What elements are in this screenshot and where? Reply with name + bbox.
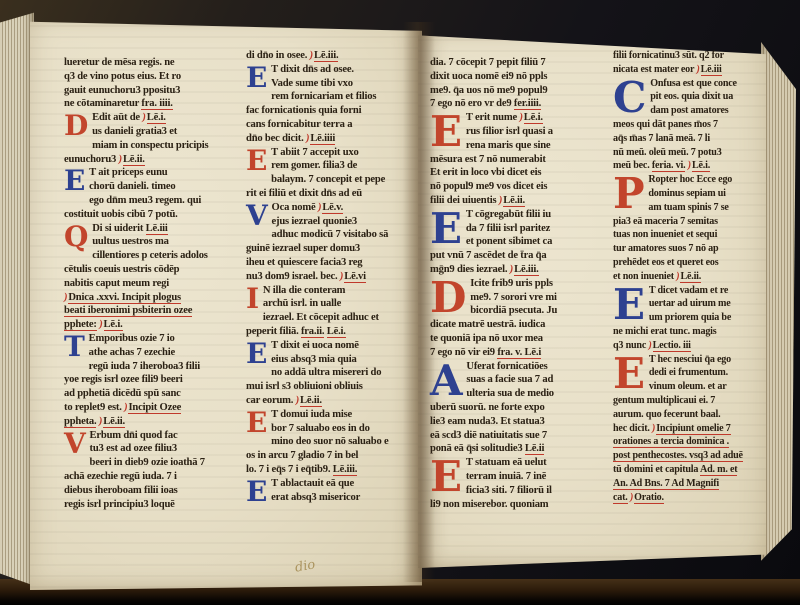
text-run: lo. 7 i eq̄s 7 i eq̄tib9. bbox=[246, 464, 333, 475]
text-run: rena maris que sine bbox=[466, 140, 551, 151]
paraph-icon: ) bbox=[99, 416, 102, 427]
text-run: iezrael. Et cōcepit adhuc et bbox=[263, 312, 379, 323]
text-run: beeri in dieb9 ozie ioathā 7 bbox=[90, 457, 205, 468]
lection-reference: Lē.ii bbox=[525, 443, 544, 455]
lection-reference: ppheta. bbox=[64, 416, 96, 428]
text-run: os in arcu 7 gladio 7 in bel bbox=[246, 450, 358, 461]
text-run: cillentiores p ceteris adolos bbox=[92, 250, 208, 261]
paraph-icon: ) bbox=[306, 133, 309, 144]
text-run: Edit aūt de bbox=[92, 112, 142, 123]
text-run: pit eos. quia dixit ua bbox=[650, 91, 733, 102]
illuminated-initial: D bbox=[64, 112, 88, 139]
text-run: fac fornicationis quia forni bbox=[246, 105, 361, 116]
text-run: Di si uiderit bbox=[92, 223, 145, 234]
text-run: ego dn̄m meu3 regem. qui bbox=[89, 195, 201, 206]
text-run: Vade sume tibi vxo bbox=[271, 78, 353, 89]
text-run: aurum. quo fecerunt baal. bbox=[613, 409, 720, 420]
paraph-icon: ) bbox=[119, 154, 122, 165]
paraph-icon: ) bbox=[499, 195, 502, 206]
illuminated-initial: E bbox=[246, 478, 267, 505]
text-block: DIcite frib9 uris pplsme9. 7 sorori vre … bbox=[430, 277, 608, 360]
text-run: costituit uobis cibū 7 potū. bbox=[64, 209, 178, 220]
text-run: miam in conspectu pricipis bbox=[92, 140, 208, 151]
text-run: dominus sepiam ui bbox=[648, 188, 725, 199]
text-run: bicordiā psecuta. Ju bbox=[470, 305, 557, 316]
text-run: tū domini et capitula bbox=[613, 464, 700, 475]
text-run: uertar ad uirum me bbox=[649, 298, 731, 309]
lection-reference: Ad. m. et bbox=[700, 464, 737, 476]
text-run: put vnū 7 ascēdet de t̄ra q̄a bbox=[430, 250, 546, 261]
text-run: iheu et quiescere facia3 reg bbox=[246, 257, 362, 268]
text-run: mḡn9 dies iezrael. bbox=[430, 264, 510, 275]
lection-reference: feria. vi. bbox=[652, 160, 686, 172]
text-run: guinē iezrael super domu3 bbox=[246, 243, 360, 254]
text-run: mino deo suor nō saluabo e bbox=[271, 436, 388, 447]
lection-reference: post penthecostes. vsq3 ad aduē bbox=[613, 450, 743, 462]
text-run: us danieli gratia3 et bbox=[92, 126, 177, 137]
text-run: uberū suorū. ne forte expo bbox=[430, 402, 545, 413]
text-run: um priorem quia be bbox=[649, 312, 731, 323]
lection-reference: Lē.ii. bbox=[680, 271, 701, 283]
illuminated-initial: T bbox=[64, 333, 85, 360]
lection-reference: Lē.i. bbox=[692, 160, 710, 172]
text-run: rem gomer. filia3 de bbox=[271, 160, 357, 171]
lection-reference: Lē.ii. bbox=[123, 154, 145, 166]
text-run: uultus uestros ma bbox=[92, 236, 168, 247]
lection-reference: Lē.vi bbox=[344, 271, 366, 283]
text-run: cans fornicabitur terra a bbox=[246, 119, 352, 130]
text-run: li9 non miserebor. quoniam bbox=[430, 499, 548, 510]
lection-reference: fra.ii. bbox=[301, 326, 324, 338]
text-run: 7 ego nō ero vr de9 bbox=[430, 98, 514, 109]
text-run: Et erit in loco vbi dicet eis bbox=[430, 167, 541, 178]
illuminated-initial: E bbox=[246, 147, 267, 174]
text-run: mēsura est 7 nō numerabit bbox=[430, 154, 546, 165]
text-run: filii fornicatinu3 sūt. q2 for bbox=[613, 50, 724, 61]
text-run: athe achas 7 ezechie bbox=[89, 347, 175, 358]
text-run: bor 7 saluabo eos in do bbox=[271, 423, 370, 434]
paraph-icon: ) bbox=[648, 340, 651, 351]
text-run: tu3 est ad ozee filiu3 bbox=[90, 443, 177, 454]
text-run: nabitis caput meum regi bbox=[64, 278, 169, 289]
illuminated-initial: E bbox=[430, 112, 462, 152]
text-block: ET statuam eā uelutterram inuiā. 7 inēfi… bbox=[430, 456, 608, 511]
text-block: ET erit nume )Lē.i.rus filior isrl quasi… bbox=[430, 111, 608, 208]
paraph-icon: ) bbox=[64, 292, 67, 303]
text-run: meū bec. bbox=[613, 160, 652, 171]
lection-reference: Oratio. bbox=[634, 492, 664, 504]
text-block: lueretur de mēsa regis. neq3 de vino pot… bbox=[64, 56, 240, 111]
text-run: dia. 7 cōcepit 7 pepit filiū 7 bbox=[430, 57, 546, 68]
lection-reference: fra. iiii. bbox=[141, 98, 172, 110]
text-run: T ablactauit eā que bbox=[271, 478, 354, 489]
text-run: di dn̄o in osee. bbox=[246, 50, 310, 61]
text-run: meos qui dāt panes m̄os 7 bbox=[613, 119, 718, 130]
text-run: me9. 7 sorori vre mi bbox=[470, 292, 557, 303]
text-run: T abiit 7 accepit uxo bbox=[271, 147, 358, 158]
photo-background: lueretur de mēsa regis. neq3 de vino pot… bbox=[0, 0, 800, 605]
text-block: ET dicet vadam et reuertar ad uirum meum… bbox=[613, 284, 767, 353]
text-run: eunuchoru3 bbox=[64, 154, 119, 165]
illuminated-initial: E bbox=[430, 457, 462, 497]
text-block: COnfusa est que concepit eos. quia dixit… bbox=[613, 77, 767, 174]
paraph-icon: ) bbox=[124, 402, 127, 413]
text-run: balaym. 7 concepit et pepe bbox=[271, 174, 385, 185]
text-run: filii dei uiuentis bbox=[430, 195, 499, 206]
text-block: ET domui iuda misebor 7 saluabo eos in d… bbox=[246, 408, 418, 477]
text-run: ulteria sua de medio bbox=[466, 388, 554, 399]
text-block: ET ablactauit eā queerat absq3 misericor bbox=[246, 477, 418, 505]
lection-reference: Lē.v. bbox=[322, 202, 343, 214]
text-run: Ropter hoc Ecce ego bbox=[648, 174, 732, 185]
lection-reference: Lē.i. bbox=[104, 319, 123, 331]
text-run: to replet9 est. bbox=[64, 402, 124, 413]
text-block: ET dixit dn̄s ad osee.Vade sume tibi vxo… bbox=[246, 63, 418, 146]
lection-reference: Lectio. iii bbox=[653, 340, 691, 352]
illuminated-initial: Q bbox=[64, 223, 88, 250]
text-run: ejus iezrael quonie3 bbox=[272, 216, 357, 227]
text-run: vinum oleum. et ar bbox=[649, 381, 727, 392]
lection-reference: Lē.iii. bbox=[333, 464, 358, 476]
text-run: am tuam spinis 7 se bbox=[648, 202, 728, 213]
text-run: gauit eunuchoru3 ppositu3 bbox=[64, 85, 180, 96]
illuminated-initial: E bbox=[64, 167, 85, 194]
illuminated-initial: C bbox=[613, 78, 646, 118]
page-edges-left bbox=[0, 8, 34, 588]
text-run: regū iuda 7 iheroboa3 filii bbox=[89, 361, 200, 372]
text-run: prehēdet eos et queret eos bbox=[613, 257, 718, 268]
text-run: diebus iheroboam filii ioas bbox=[64, 485, 178, 496]
text-run: dixit uoca nomē ei9 nō ppls bbox=[430, 71, 547, 82]
illuminated-initial: P bbox=[613, 174, 644, 214]
lection-reference: Lē.i. bbox=[327, 326, 346, 338]
right-page-column-1: dia. 7 cōcepit 7 pepit filiū 7dixit uoca… bbox=[430, 56, 608, 511]
lection-reference: Lē.ii. bbox=[300, 395, 322, 407]
text-block: ET cōgregabūt filii iuda 7 filii isrl pa… bbox=[430, 208, 608, 277]
text-run: aq̄s m̄as 7 lanā meā. 7 li bbox=[613, 133, 710, 144]
text-run: peperit filiā. bbox=[246, 326, 301, 337]
illuminated-initial: E bbox=[246, 340, 267, 367]
lection-reference: Lē.iii. bbox=[314, 50, 339, 62]
text-run: Icite frib9 uris ppls bbox=[470, 278, 553, 289]
text-run: me9. q̄a uos nō me9 popul9 bbox=[430, 85, 547, 96]
text-run: dam post amatores bbox=[650, 105, 728, 116]
text-run: nō popul9 me9 vos dicet eis bbox=[430, 181, 547, 192]
text-block: AUferat fornicatiōessuas a facie sua 7 a… bbox=[430, 360, 608, 457]
text-block: dia. 7 cōcepit 7 pepit filiū 7dixit uoca… bbox=[430, 56, 608, 111]
text-run: Uferat fornicatiōes bbox=[466, 361, 547, 372]
paraph-icon: ) bbox=[142, 112, 145, 123]
text-run: q3 de vino potus eius. Et ro bbox=[64, 71, 181, 82]
text-run: gentum multiplicaui ei. 7 bbox=[613, 395, 715, 406]
text-run: no addā ultra misereri do bbox=[271, 367, 381, 378]
text-run: da 7 filii isrl paritez bbox=[466, 223, 550, 234]
paraph-icon: ) bbox=[99, 319, 102, 330]
text-run: T domui iuda mise bbox=[271, 409, 352, 420]
text-run: hec dicit. bbox=[613, 423, 652, 434]
text-block: VOca nomē )Lē.v.ejus iezrael quonie3adhu… bbox=[246, 201, 418, 284]
lection-reference: fra. v. Lē.i bbox=[497, 347, 541, 359]
illuminated-initial: V bbox=[246, 202, 268, 229]
lection-reference: Lē.i. bbox=[524, 112, 543, 124]
text-run: nu3 dom9 israel. bec. bbox=[246, 271, 340, 282]
lection-reference: Lē.iii bbox=[146, 223, 168, 235]
lection-reference: beati iberonimi psbiterin ozee bbox=[64, 305, 192, 317]
text-run: lie3 eam nuda3. Et statua3 bbox=[430, 416, 545, 427]
text-block: ET abiit 7 accepit uxorem gomer. filia3 … bbox=[246, 146, 418, 201]
text-run: et non inueniet bbox=[613, 271, 676, 282]
text-run: mui isrl s3 obliuioni obliuis bbox=[246, 381, 363, 392]
text-run: Erbum dn̄i quod fac bbox=[90, 430, 178, 441]
illuminated-initial: I bbox=[246, 285, 259, 312]
paraph-icon: ) bbox=[688, 160, 691, 171]
text-block: ET dixit ei uoca nomēeius absq3 mia quia… bbox=[246, 339, 418, 408]
text-run: ne michi erat tunc. magis bbox=[613, 326, 717, 337]
text-run: ad pphetiā dicēdū spū sanc bbox=[64, 388, 181, 399]
paraph-icon: ) bbox=[340, 271, 343, 282]
text-run: T dicet vadam et re bbox=[649, 285, 728, 296]
text-run: terram inuiā. 7 inē bbox=[466, 471, 546, 482]
text-run: te quoniā ipa nō uxor mea bbox=[430, 333, 543, 344]
left-page-column-2: di dn̄o in osee. )Lē.iii.ET dixit dn̄s a… bbox=[246, 49, 418, 505]
text-run: eā scd3 diē natiuitatis sue 7 bbox=[430, 430, 547, 441]
lection-reference: Lē.iii bbox=[701, 64, 722, 76]
lection-reference: orationes a tercia dominica . bbox=[613, 436, 729, 448]
text-block: ET hec nesciui q̄a egodedi ei frumentum.… bbox=[613, 353, 767, 505]
illuminated-initial: V bbox=[64, 430, 86, 457]
text-run: T ait priceps eunu bbox=[89, 167, 167, 178]
text-run: et ponent sibimet ca bbox=[466, 236, 552, 247]
text-run: eius absq3 mia quia bbox=[271, 354, 356, 365]
paraph-icon: ) bbox=[519, 112, 522, 123]
lection-reference: Lē.iii. bbox=[514, 264, 539, 276]
text-run: dn̄o bec dicit. bbox=[246, 133, 306, 144]
text-run: tur amatores suos 7 nō ap bbox=[613, 243, 718, 254]
text-run: achā ezechie regū iuda. 7 i bbox=[64, 471, 177, 482]
text-run: tuas non inueniet et sequi bbox=[613, 229, 717, 240]
illuminated-initial: A bbox=[430, 361, 462, 401]
text-block: TEmporibus ozie 7 ioathe achas 7 ezechie… bbox=[64, 332, 240, 429]
illuminated-initial: D bbox=[430, 278, 466, 318]
text-run: rem fornicariam et filios bbox=[271, 91, 376, 102]
paraph-icon: ) bbox=[630, 492, 633, 503]
illuminated-initial: E bbox=[613, 285, 645, 325]
left-page-column-1: lueretur de mēsa regis. neq3 de vino pot… bbox=[64, 56, 240, 511]
text-block: PRopter hoc Ecce egodominus sepiam uiam … bbox=[613, 173, 767, 283]
text-block: VErbum dn̄i quod factu3 est ad ozee fili… bbox=[64, 429, 240, 512]
text-run: Oca nomē bbox=[272, 202, 318, 213]
text-run: dedi ei frumentum. bbox=[649, 367, 728, 378]
text-run: T hec nesciui q̄a ego bbox=[649, 354, 731, 365]
text-block: di dn̄o in osee. )Lē.iii. bbox=[246, 49, 418, 63]
lection-reference: An. Ad Bns. 7 Ad Magnifi bbox=[613, 478, 719, 490]
illuminated-initial: E bbox=[613, 354, 645, 394]
text-run: suas a facie sua 7 ad bbox=[466, 374, 553, 385]
lection-reference: Lē.ii. bbox=[103, 416, 125, 428]
text-run: archū isrl. in ualle bbox=[263, 298, 341, 309]
lection-reference: Incipit Ozee bbox=[128, 402, 181, 414]
text-run: adhuc modicū 7 visitabo sā bbox=[272, 229, 389, 240]
text-run: T dixit dn̄s ad osee. bbox=[271, 64, 354, 75]
paraph-icon: ) bbox=[652, 423, 655, 434]
text-run: dicate matrē uestrā. iudica bbox=[430, 319, 545, 330]
text-run: q3 nunc bbox=[613, 340, 648, 351]
text-run: T cōgregabūt filii iu bbox=[466, 209, 551, 220]
lection-reference: Lē.ii. bbox=[503, 195, 525, 207]
text-run: car eorum. bbox=[246, 395, 296, 406]
text-run: nicata est mater eor bbox=[613, 64, 696, 75]
text-run: lueretur de mēsa regis. ne bbox=[64, 57, 174, 68]
text-run: T dixit ei uoca nomē bbox=[271, 340, 359, 351]
text-block: QDi si uiderit Lē.iiiuultus uestros maci… bbox=[64, 222, 240, 332]
lection-reference: pphete: bbox=[64, 319, 97, 331]
text-block: ET ait priceps eunuchorū danieli. timeoe… bbox=[64, 166, 240, 221]
lection-reference: Lē.i. bbox=[147, 112, 166, 124]
paraph-icon: ) bbox=[676, 271, 679, 282]
text-run: Emporibus ozie 7 io bbox=[89, 333, 175, 344]
text-run: N illa die conteram bbox=[263, 285, 345, 296]
lection-reference: fer.iiii. bbox=[514, 98, 541, 110]
text-run: rit ei filiū et dixit dn̄s ad eū bbox=[246, 188, 362, 199]
text-run: chorū danieli. timeo bbox=[89, 181, 175, 192]
illuminated-initial: E bbox=[246, 409, 267, 436]
right-page-column-2: filii fornicatinu3 sūt. q2 fornicata est… bbox=[613, 49, 767, 504]
lection-reference: Dnica .xxvi. Incipit plogus bbox=[68, 292, 181, 304]
text-block: IN illa die conteramarchū isrl. in ualle… bbox=[246, 284, 418, 339]
paraph-icon: ) bbox=[296, 395, 299, 406]
illuminated-initial: E bbox=[246, 64, 267, 91]
text-run: Onfusa est que conce bbox=[650, 78, 737, 89]
text-run: nū meū. oleū meū. 7 potu3 bbox=[613, 147, 722, 158]
text-run: cētulis coeuis uestris cōdēp bbox=[64, 264, 179, 275]
paraph-icon: ) bbox=[318, 202, 321, 213]
lection-reference: Incipiunt omelie 7 bbox=[656, 423, 730, 435]
paraph-icon: ) bbox=[510, 264, 513, 275]
paraph-icon: ) bbox=[310, 50, 313, 61]
text-run: regis isrl principiu3 loquē bbox=[64, 499, 175, 510]
text-block: DEdit aūt de )Lē.i.us danieli gratia3 et… bbox=[64, 111, 240, 166]
text-run: T erit nume bbox=[466, 112, 520, 123]
lection-reference: cat. bbox=[613, 492, 628, 504]
text-run: ne cōtaminaretur bbox=[64, 98, 141, 109]
text-run: erat absq3 misericor bbox=[271, 492, 360, 503]
lection-reference: Lē.iiii bbox=[310, 133, 335, 145]
text-run: ficia3 siti. 7 filiorū il bbox=[466, 485, 552, 496]
text-run: pia3 eā maceria 7 semitas bbox=[613, 216, 718, 227]
text-run: T statuam eā uelut bbox=[466, 457, 547, 468]
text-run: yoe regis isrl ozee fili9 beeri bbox=[64, 374, 183, 385]
text-run: 7 ego nō vir ei9 bbox=[430, 347, 497, 358]
text-run: rus filior isrl quasi a bbox=[466, 126, 553, 137]
illuminated-initial: E bbox=[430, 209, 462, 249]
text-block: filii fornicatinu3 sūt. q2 fornicata est… bbox=[613, 49, 767, 77]
paraph-icon: ) bbox=[696, 64, 699, 75]
text-run: ponā eā q̄si solitudie3 bbox=[430, 443, 525, 454]
